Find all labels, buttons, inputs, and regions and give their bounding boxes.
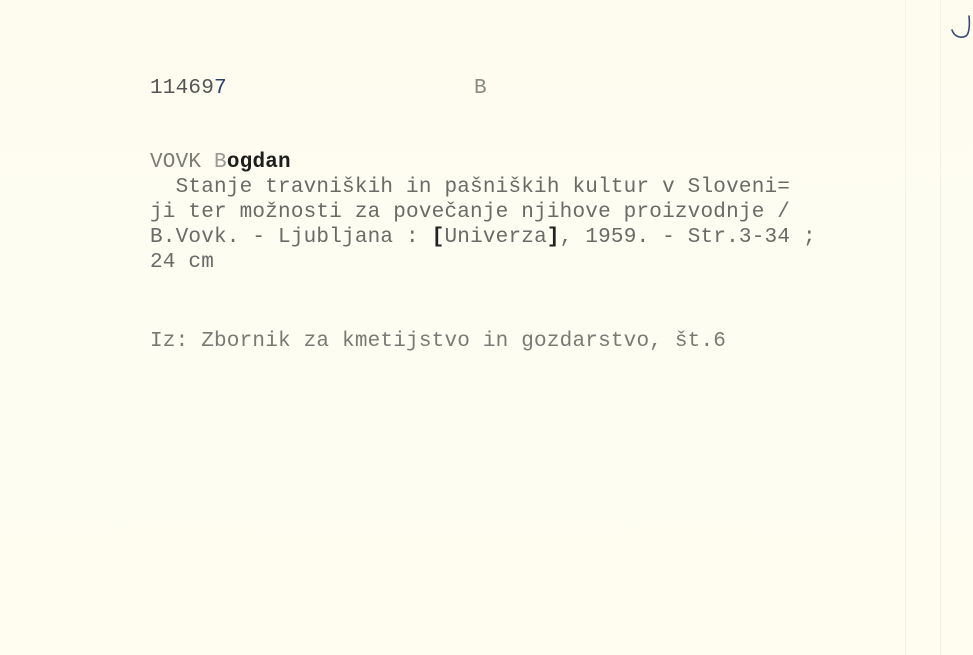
publisher-open-bracket: [ (432, 226, 445, 249)
title-line-1: Stanje travniških in pašniških kultur v … (150, 176, 790, 200)
author-heading: VOVK Bogdan (150, 151, 291, 175)
check-mark-icon (950, 14, 972, 40)
publisher-close-bracket: ] (547, 226, 560, 249)
shelf-letter: B (474, 77, 487, 101)
catalog-card: 114697 B VOVK Bogdan Stanje travniških i… (0, 0, 973, 655)
accession-number-handwritten-digit: 7 (214, 77, 227, 100)
accession-number-typed: 11469 (150, 77, 214, 100)
imprint-line: B.Vovk. - Ljubljana : [Univerza], 1959. … (150, 226, 816, 250)
date-and-extent: , 1959. - Str.3-34 ; (560, 226, 816, 249)
paper-crease (940, 0, 941, 655)
author-forename-rest: ogdan (227, 151, 291, 174)
author-forename-initial: B (214, 151, 227, 174)
responsibility-and-place: B.Vovk. - Ljubljana : (150, 226, 432, 249)
paper-crease (905, 0, 906, 655)
dimensions-line: 24 cm (150, 251, 214, 275)
accession-number: 114697 (150, 77, 227, 101)
title-line-2: ji ter možnosti za povečanje njihove pro… (150, 201, 790, 225)
source-note: Iz: Zbornik za kmetijstvo in gozdarstvo,… (150, 330, 726, 354)
publisher-name: Univerza (444, 226, 546, 249)
author-surname: VOVK (150, 151, 201, 174)
